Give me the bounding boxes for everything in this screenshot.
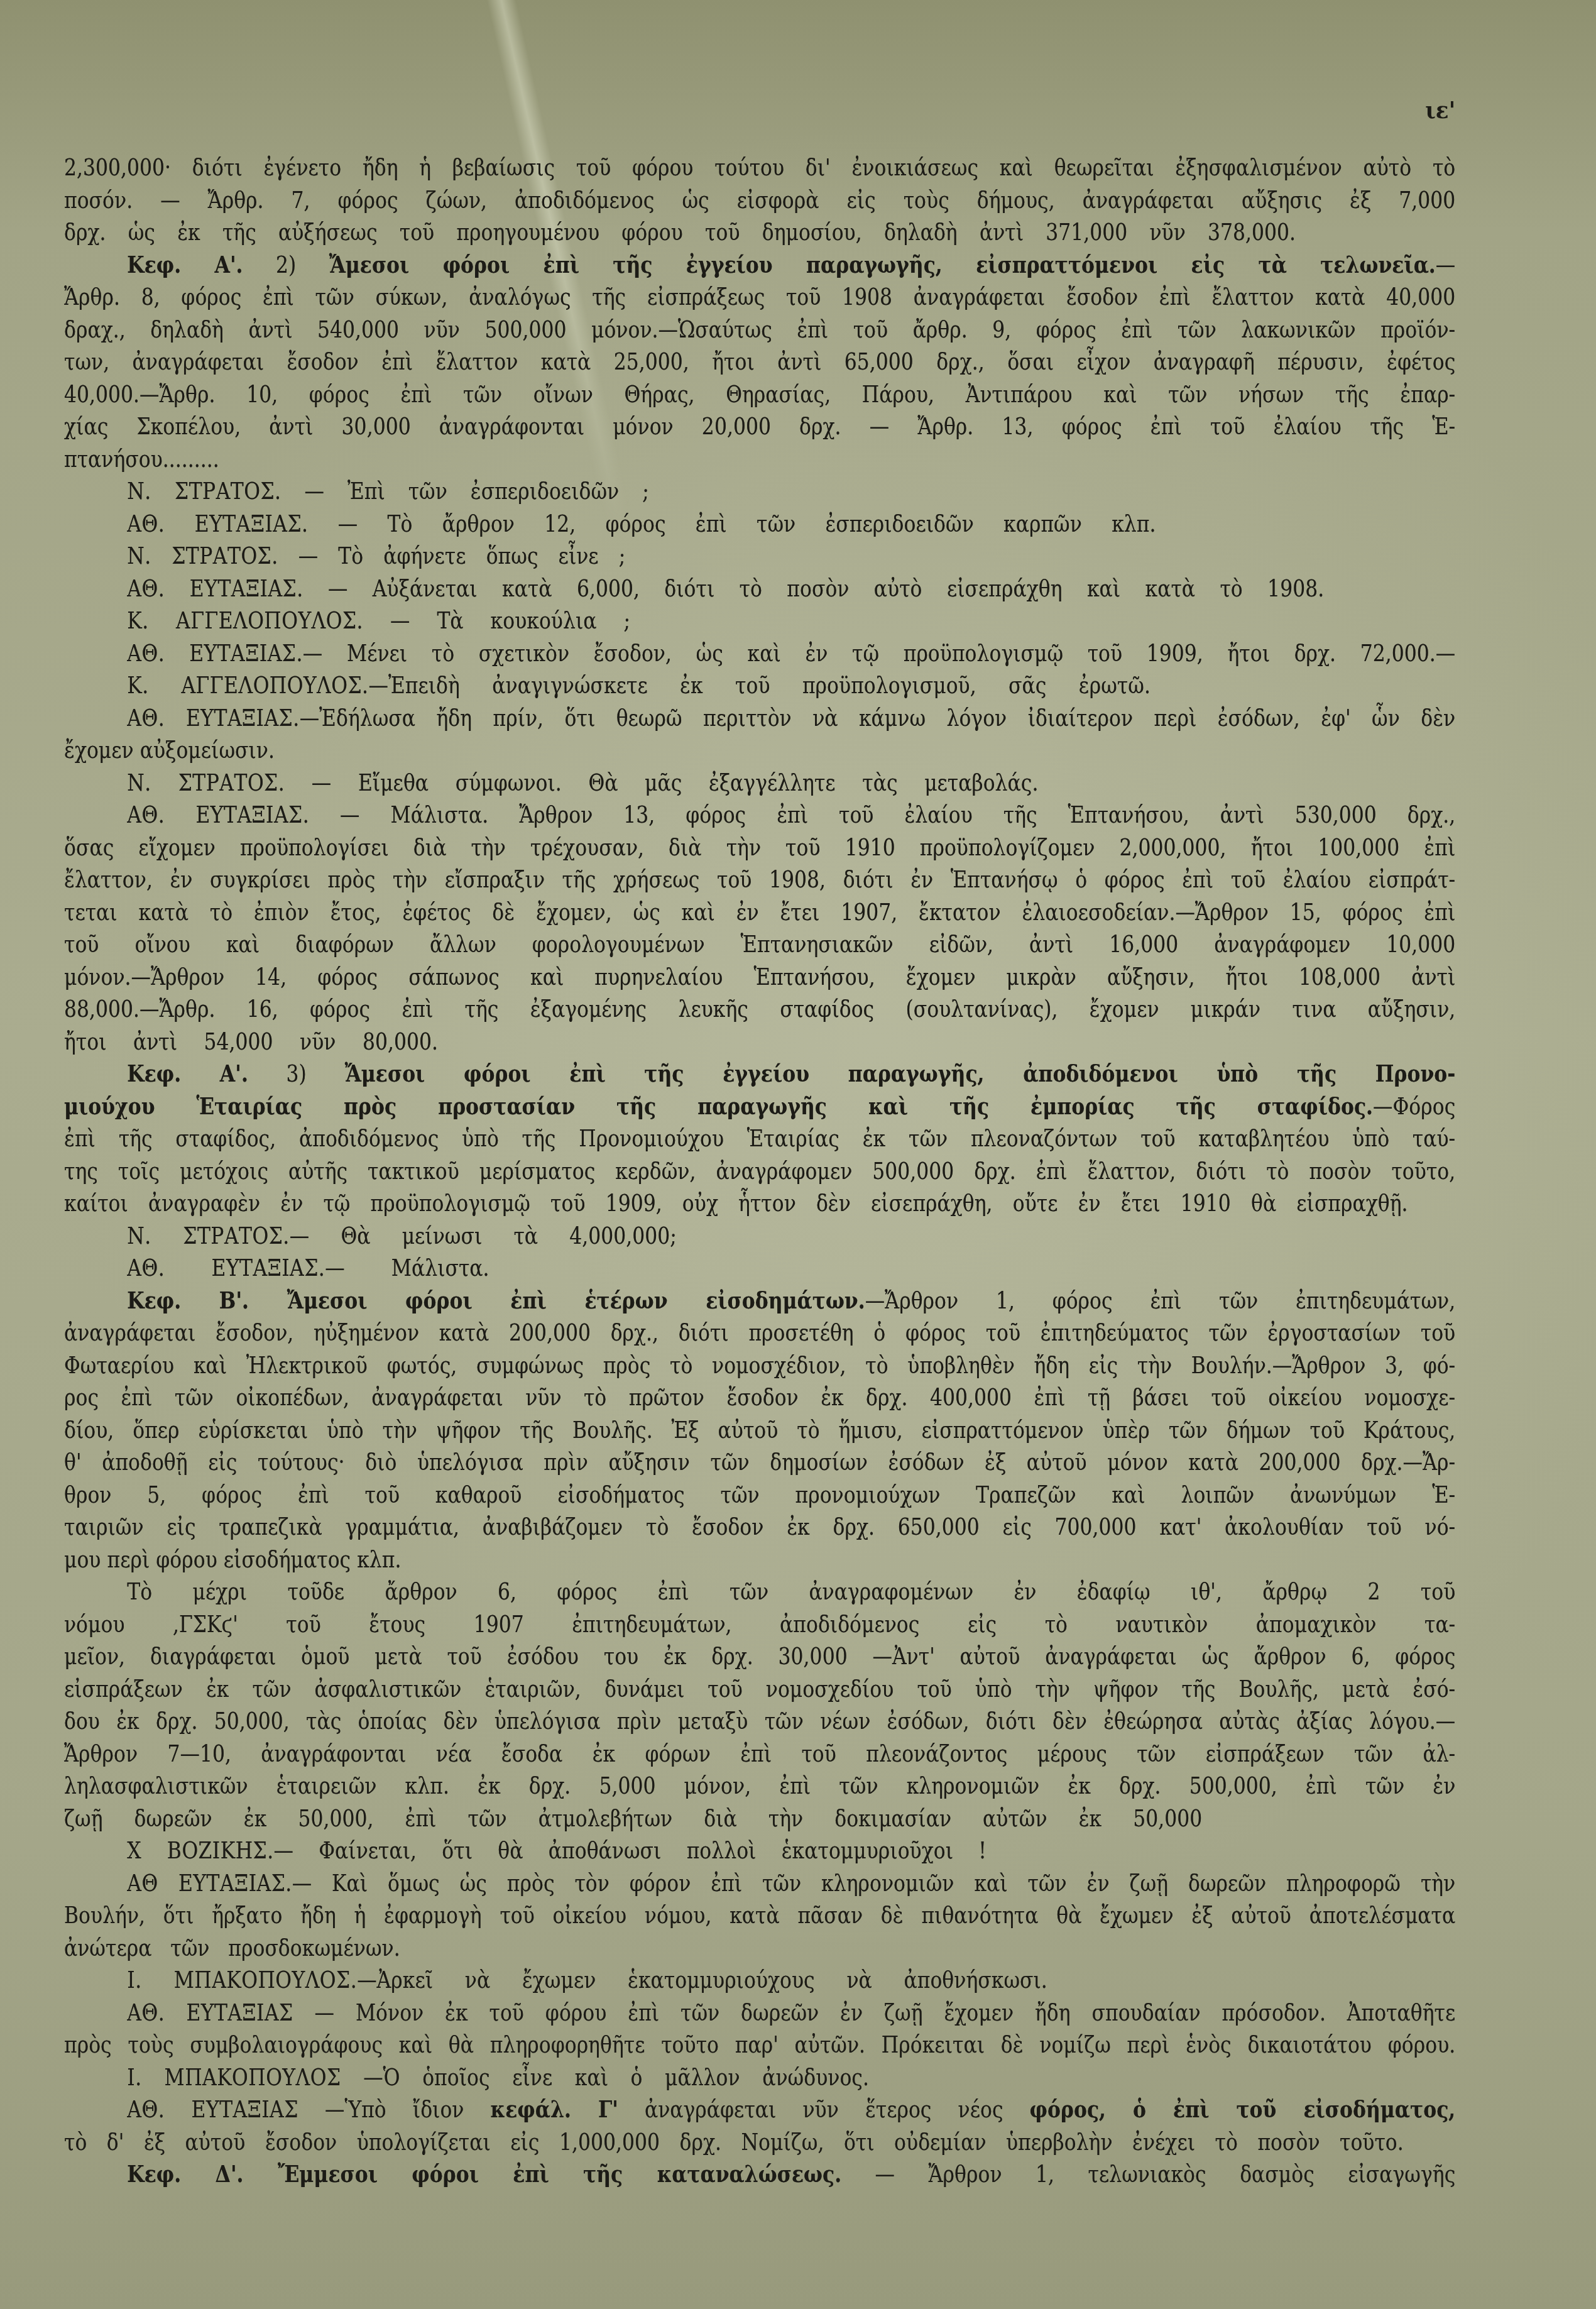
speech-text: — Τὸ ἀφήνετε ὅπως εἶνε ;	[278, 542, 626, 569]
speech-line: ΑΘ. ΕΥΤΑΞΙΑΣ. — Μάλιστα. Ἄρθρον 13, φόρο…	[64, 799, 1455, 831]
text-line: Ἄρθρ. 8, φόρος ἐπὶ τῶν σύκων, ἀναλόγως τ…	[64, 281, 1455, 314]
speech-line: Ν. ΣΤΡΑΤΟΣ. — Τὸ ἀφήνετε ὅπως εἶνε ;	[64, 540, 625, 573]
speech-line: Ι. ΜΠΑΚΟΠΟΥΛΟΣ.—Ἀρκεῖ νὰ ἔχωμεν ἑκατομμυ…	[64, 1964, 1047, 1997]
speech-line: ΑΘ. ΕΥΤΑΞΙΑΣ —Ὑπὸ ἴδιον κεφάλ. Γ' ἀναγρά…	[64, 2093, 1455, 2126]
text-line: 40,000.—Ἄρθρ. 10, φόρος ἐπὶ τῶν οἴνων Θή…	[64, 378, 1455, 411]
text-line: εἰσπράξεων ἐκ τῶν ἀσφαλιστικῶν ἑταιριῶν,…	[64, 1673, 1455, 1706]
chapter-heading-line: Κεφ. Β'. Ἄμεσοι φόροι ἐπὶ ἑτέρων εἰσοδημ…	[64, 1285, 1455, 1317]
text-line: μεῖον, διαγράφεται ὁμοῦ μετὰ τοῦ ἐσόδου …	[64, 1640, 1455, 1673]
text-line: χίας Σκοπέλου, ἀντὶ 30,000 ἀναγράφονται …	[64, 410, 1455, 443]
text-line: ἔχομεν αὐξομείωσιν.	[64, 734, 1455, 767]
speaker-name: ΑΘ. ΕΥΤΑΞΙΑΣ	[127, 1999, 293, 2026]
speech-line: Κ. ΑΓΓΕΛΟΠΟΥΛΟΣ. — Τὰ κουκούλια ;	[64, 605, 630, 637]
scanned-page: ιε' 2,300,000· διότι ἐγένετο ἤδη ἡ βεβαί…	[0, 0, 1596, 2309]
speaker-name: Κ. ΑΓΓΕΛΟΠΟΥΛΟΣ.	[127, 672, 368, 699]
speech-text: — Ἐπὶ τῶν ἐσπεριδοειδῶν ;	[281, 478, 649, 505]
text-line: δρχ. ὡς ἐκ τῆς αὐξήσεως τοῦ προηγουμένου…	[64, 216, 1296, 249]
chapter-label: Κεφ. Α'.	[127, 1060, 248, 1087]
text-line: ρος ἐπὶ τῶν οἰκοπέδων, ἀναγράφεται νῦν τ…	[64, 1381, 1455, 1414]
speaker-name: Ι. ΜΠΑΚΟΠΟΥΛΟΣ.	[127, 1966, 357, 1994]
speech-text: — Μάλιστα. Ἄρθρον 13, φόρος ἐπὶ τοῦ ἐλαί…	[309, 801, 1455, 828]
document-body: 2,300,000· διότι ἐγένετο ἤδη ἡ βεβαίωσις…	[64, 151, 1455, 2191]
speech-line: Ν. ΣΤΡΑΤΟΣ. — Ἐπὶ τῶν ἐσπεριδοειδῶν ;	[64, 475, 649, 508]
speech-line: ΑΘ. ΕΥΤΑΞΙΑΣ — Μόνον ἐκ τοῦ φόρου ἐπὶ τῶ…	[64, 1997, 1455, 2029]
text-line: ἔλαττον, ἐν συγκρίσει πρὸς τὴν εἴσπραξιν…	[64, 864, 1455, 896]
emphasized-text: φόρος, ὁ ἐπὶ τοῦ εἰσοδήματος,	[1030, 2095, 1456, 2123]
chapter-heading-line: Κεφ. Α'. 2) Ἄμεσοι φόροι ἐπὶ τῆς ἐγγείου…	[64, 249, 1455, 282]
speaker-name: ΑΘ ΕΥΤΑΞΙΑΣ.	[127, 1870, 292, 1897]
speaker-name: ΑΘ. ΕΥΤΑΞΙΑΣ	[127, 2096, 298, 2123]
speaker-name: Κ. ΑΓΓΕΛΟΠΟΥΛΟΣ.	[127, 607, 363, 634]
text-line: Βουλήν, ὅτι ἤρξατο ἤδη ἡ ἐφαρμογὴ τοῦ οἰ…	[64, 1899, 1455, 1932]
text-line: δίου, ὅπερ εὑρίσκεται ὑπὸ τὴν ψῆφον τῆς …	[64, 1414, 1455, 1447]
section-number: 2)	[243, 251, 329, 278]
speaker-name: ΑΘ. ΕΥΤΑΞΙΑΣ.	[127, 575, 303, 602]
chapter-title: Ἄμεσοι φόροι ἐπὶ τῆς ἐγγείου παραγωγῆς, …	[345, 1060, 1456, 1087]
speech-text: —Ὑπὸ ἴδιον	[298, 2096, 491, 2123]
speech-line: ΑΘ. ΕΥΤΑΞΙΑΣ. — Αὐξάνεται κατὰ 6,000, δι…	[64, 573, 1324, 605]
text-line: 2,300,000· διότι ἐγένετο ἤδη ἡ βεβαίωσις…	[64, 151, 1455, 184]
speaker-name: Ν. ΣΤΡΑΤΟΣ.	[127, 769, 285, 796]
text-line: Φωταερίου καὶ Ἠλεκτρικοῦ φωτός, συμφώνως…	[64, 1349, 1455, 1382]
text-line: ἐπὶ τῆς σταφίδος, ἀποδιδόμενος ὑπὸ τῆς Π…	[64, 1122, 1455, 1155]
speech-line: ΑΘ. ΕΥΤΑΞΙΑΣ. — Τὸ ἄρθρον 12, φόρος ἐπὶ …	[64, 508, 1156, 540]
speech-text: ἀναγράφεται νῦν ἕτερος νέος	[618, 2096, 1030, 2123]
page-number: ιε'	[1425, 94, 1455, 126]
speech-text: — Θὰ μείνωσι τὰ 4,000,000;	[290, 1222, 677, 1249]
speech-line: Χ ΒΟΖΙΚΗΣ.— Φαίνεται, ὅτι θὰ ἀποθάνωσι π…	[64, 1835, 987, 1867]
text-segment: —Ἄρθρον 1, φόρος ἐπὶ τῶν ἐπιτηδευμάτων,	[865, 1287, 1456, 1314]
speech-text: —Ἐδήλωσα ἤδη πρίν, ὅτι θεωρῶ περιττὸν νὰ…	[300, 705, 1456, 732]
speaker-name: Χ ΒΟΖΙΚΗΣ.	[127, 1837, 273, 1864]
chapter-reference: κεφάλ. Γ'	[491, 2095, 618, 2123]
speech-line: ΑΘ. ΕΥΤΑΞΙΑΣ.— Μένει τὸ σχετικὸν ἔσοδον,…	[64, 637, 1455, 670]
text-line: 88,000.—Ἄρθρ. 16, φόρος ἐπὶ τῆς ἐξαγομέν…	[64, 993, 1455, 1026]
chapter-label: Κεφ. Α'.	[127, 251, 243, 278]
speech-text: — Καὶ ὅμως ὡς πρὸς τὸν φόρον ἐπὶ τῶν κλη…	[292, 1870, 1456, 1897]
speaker-name: ΑΘ. ΕΥΤΑΞΙΑΣ.	[127, 1254, 325, 1281]
text-line: ὅσας εἴχομεν προϋπολογίσει διὰ τὴν τρέχο…	[64, 831, 1455, 864]
text-line: της τοῖς μετόχοις αὐτῆς τακτικοῦ μερίσμα…	[64, 1155, 1455, 1188]
speech-line: ΑΘ. ΕΥΤΑΞΙΑΣ.— Μάλιστα.	[64, 1252, 489, 1285]
text-line: των, ἀναγράφεται ἔσοδον ἐπὶ ἔλαττον κατὰ…	[64, 346, 1455, 378]
section-number: 3)	[248, 1060, 345, 1087]
text-line: Τὸ μέχρι τοῦδε ἄρθρον 6, φόρος ἐπὶ τῶν ἀ…	[64, 1576, 1455, 1608]
text-line: μόνον.—Ἄρθρον 14, φόρος σάπωνος καὶ πυρη…	[64, 961, 1455, 994]
text-line: νόμου ,ΓΣΚϛ' τοῦ ἔτους 1907 ἐπιτηδευμάτω…	[64, 1608, 1455, 1641]
speaker-name: ΑΘ. ΕΥΤΑΞΙΑΣ.	[127, 510, 308, 537]
chapter-title: μιούχου Ἑταιρίας πρὸς προστασίαν τῆς παρ…	[64, 1092, 1373, 1120]
chapter-title: Ἄμεσοι φόροι ἐπὶ τῆς ἐγγείου παραγωγῆς, …	[329, 251, 1436, 278]
speaker-name: Ν. ΣΤΡΑΤΟΣ.	[127, 542, 278, 569]
speech-line: ΑΘ ΕΥΤΑΞΙΑΣ.— Καὶ ὅμως ὡς πρὸς τὸν φόρον…	[64, 1867, 1455, 1900]
text-line: τὸ δ' ἐξ αὐτοῦ ἔσοδον ὑπολογίζεται εἰς 1…	[64, 2126, 1404, 2159]
text-line: θρον 5, φόρος ἐπὶ τοῦ καθαροῦ εἰσοδήματο…	[64, 1479, 1455, 1511]
chapter-title: Κεφ. Δ'. Ἔμμεσοι φόροι ἐπὶ τῆς καταναλώσ…	[127, 2160, 841, 2188]
text-line: ἀνώτερα τῶν προσδοκωμένων.	[64, 1932, 400, 1965]
chapter-heading-line: Κεφ. Α'. 3) Ἄμεσοι φόροι ἐπὶ τῆς ἐγγείου…	[64, 1058, 1455, 1090]
text-line: ἀναγράφεται ἔσοδον, ηὐξημένον κατὰ 200,0…	[64, 1317, 1455, 1349]
chapter-title: Κεφ. Β'. Ἄμεσοι φόροι ἐπὶ ἑτέρων εἰσοδημ…	[127, 1286, 865, 1314]
speech-line: ΑΘ. ΕΥΤΑΞΙΑΣ.—Ἐδήλωσα ἤδη πρίν, ὅτι θεωρ…	[64, 702, 1455, 735]
text-line: ζωῇ δωρεῶν ἐκ 50,000, ἐπὶ τῶν ἀτμολεβήτω…	[64, 1802, 1202, 1835]
speech-text: —Ἀρκεῖ νὰ ἔχωμεν ἑκατομμυριούχους νὰ ἀπο…	[357, 1966, 1047, 1994]
text-line: ληλασφαλιστικῶν ἑταιρειῶν κλπ. ἐκ δρχ. 5…	[64, 1770, 1455, 1802]
speech-line: Κ. ΑΓΓΕΛΟΠΟΥΛΟΣ.—Ἐπειδὴ ἀναγιγνώσκετε ἐκ…	[64, 669, 1151, 702]
text-line: ταιριῶν εἰς τραπεζικὰ γραμμάτια, ἀναβιβά…	[64, 1511, 1455, 1544]
speech-text: — Μάλιστα.	[325, 1254, 489, 1281]
text-line: μου περὶ φόρου εἰσοδήματος κλπ.	[64, 1544, 1455, 1576]
text-segment: — Ἄρθρον 1, τελωνιακὸς δασμὸς εἰσαγωγῆς	[841, 2161, 1455, 2188]
speech-text: — Φαίνεται, ὅτι θὰ ἀποθάνωσι πολλοὶ ἑκατ…	[274, 1837, 987, 1864]
text-line: πτανήσου.........	[64, 443, 1455, 476]
speech-text: — Αὐξάνεται κατὰ 6,000, διότι τὸ ποσὸν α…	[303, 575, 1325, 602]
text-segment: —Φόρος	[1373, 1093, 1455, 1120]
speech-text: — Τὸ ἄρθρον 12, φόρος ἐπὶ τῶν ἐσπεριδοει…	[309, 510, 1156, 537]
speech-line: Ν. ΣΤΡΑΤΟΣ. — Εἴμεθα σύμφωνοι. Θὰ μᾶς ἐξ…	[64, 767, 1038, 799]
text-line: δραχ., δηλαδὴ ἀντὶ 540,000 νῦν 500,000 μ…	[64, 314, 1455, 346]
dash: —	[1436, 251, 1455, 278]
speaker-name: Ι. ΜΠΑΚΟΠΟΥΛΟΣ	[127, 2064, 341, 2091]
text-line: ποσόν. — Ἄρθρ. 7, φόρος ζώων, ἀποδιδόμεν…	[64, 184, 1455, 217]
text-line: τεται κατὰ τὸ ἐπιὸν ἔτος, ἐφέτος δὲ ἔχομ…	[64, 896, 1455, 929]
speaker-name: ΑΘ. ΕΥΤΑΞΙΑΣ.	[127, 801, 309, 828]
speech-line: Ν. ΣΤΡΑΤΟΣ.— Θὰ μείνωσι τὰ 4,000,000;	[64, 1220, 677, 1253]
speech-text: — Τὰ κουκούλια ;	[363, 607, 630, 634]
speaker-name: Ν. ΣΤΡΑΤΟΣ.	[127, 478, 281, 505]
speaker-name: Ν. ΣΤΡΑΤΟΣ.	[127, 1222, 289, 1249]
chapter-heading-line: Κεφ. Δ'. Ἔμμεσοι φόροι ἐπὶ τῆς καταναλώσ…	[64, 2158, 1455, 2191]
speech-text: —Ὁ ὁποῖος εἶνε καὶ ὁ μᾶλλον ἀνώδυνος.	[341, 2064, 869, 2091]
text-line: καίτοι ἀναγραφὲν ἐν τῷ προϋπολογισμῷ τοῦ…	[64, 1187, 1408, 1220]
speech-text: — Μένει τὸ σχετικὸν ἔσοδον, ὡς καὶ ἐν τῷ…	[303, 640, 1455, 667]
text-line: Ἄρθρον 7—10, ἀναγράφονται νέα ἔσοδα ἐκ φ…	[64, 1738, 1455, 1770]
speech-text: — Μόνον ἐκ τοῦ φόρου ἐπὶ τῶν δωρεῶν ἐν ζ…	[293, 1999, 1456, 2026]
text-line: πρὸς τοὺς συμβολαιογράφους καὶ θὰ πληροφ…	[64, 2029, 1455, 2061]
text-line: ἤτοι ἀντὶ 54,000 νῦν 80,000.	[64, 1026, 438, 1058]
text-line: τοῦ οἴνου καὶ διαφόρων ἄλλων φορολογουμέ…	[64, 928, 1455, 961]
speech-text: —Ἐπειδὴ ἀναγιγνώσκετε ἐκ τοῦ προϋπολογισ…	[369, 672, 1151, 699]
speaker-name: ΑΘ. ΕΥΤΑΞΙΑΣ.	[127, 705, 299, 732]
text-line: δου ἐκ δρχ. 50,000, τὰς ὁποίας δὲν ὑπελό…	[64, 1705, 1455, 1738]
text-line: θ' ἀποδοθῇ εἰς τούτους· διὸ ὑπελόγισα πρ…	[64, 1446, 1455, 1479]
speaker-name: ΑΘ. ΕΥΤΑΞΙΑΣ.	[127, 640, 303, 667]
speech-line: Ι. ΜΠΑΚΟΠΟΥΛΟΣ —Ὁ ὁποῖος εἶνε καὶ ὁ μᾶλλ…	[64, 2061, 869, 2094]
chapter-heading-line: μιούχου Ἑταιρίας πρὸς προστασίαν τῆς παρ…	[64, 1090, 1455, 1123]
speech-text: — Εἴμεθα σύμφωνοι. Θὰ μᾶς ἐξαγγέλλητε τὰ…	[285, 769, 1038, 796]
